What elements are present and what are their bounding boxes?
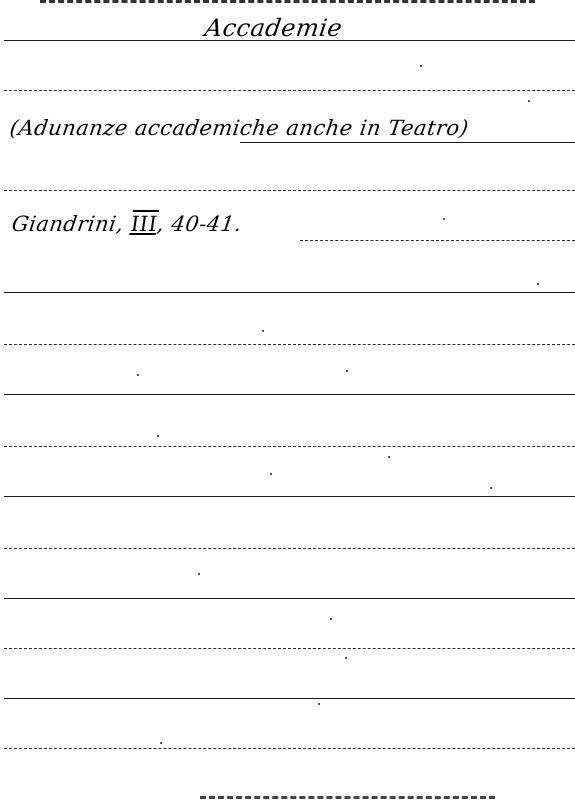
top-edge-marks — [40, 0, 535, 7]
scan-speck — [388, 456, 390, 458]
ruled-line — [4, 40, 575, 41]
scan-speck — [443, 218, 445, 220]
ruled-line — [4, 394, 575, 395]
scan-speck — [157, 435, 159, 437]
scan-speck — [537, 283, 539, 285]
scan-speck — [346, 370, 348, 372]
ruled-line — [4, 496, 575, 497]
card-heading: Accademie — [203, 14, 344, 42]
scan-speck — [528, 100, 530, 102]
ruled-line — [4, 190, 575, 191]
ruled-line — [4, 598, 575, 599]
ruled-line — [4, 548, 575, 549]
citation-volume: III — [129, 212, 159, 236]
scan-speck — [270, 473, 272, 475]
ruled-line — [240, 142, 575, 143]
citation-pages: , 40-41. — [156, 212, 244, 236]
index-card: Accademie (Adunanze accademiche anche in… — [0, 0, 575, 800]
scan-speck — [198, 573, 200, 575]
ruled-line — [4, 648, 575, 649]
scan-speck — [490, 487, 492, 489]
scan-speck — [137, 374, 139, 376]
ruled-line — [4, 90, 575, 91]
card-note: (Adunanze accademiche anche in Teatro) — [8, 116, 470, 140]
ruled-line — [4, 446, 575, 447]
scan-speck — [160, 742, 162, 744]
ruled-line — [300, 240, 575, 241]
ruled-line — [4, 344, 575, 345]
citation-author: Giandrini, — [10, 212, 125, 236]
scan-speck — [262, 330, 264, 332]
card-citation: Giandrini, III, 40-41. — [10, 212, 243, 236]
bottom-edge-marks — [200, 796, 495, 800]
scan-speck — [330, 618, 332, 620]
ruled-line — [4, 748, 575, 749]
scan-speck — [318, 703, 320, 705]
ruled-line — [4, 292, 575, 293]
ruled-line — [4, 698, 575, 699]
scan-speck — [345, 657, 347, 659]
scan-speck — [420, 65, 422, 67]
